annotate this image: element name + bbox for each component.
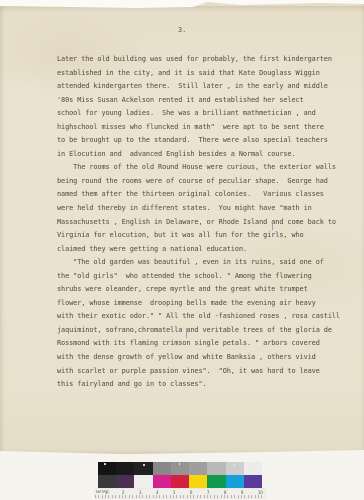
typewritten-line: "The old garden was beautiful , even in …: [57, 256, 357, 270]
typewritten-line: Virginia for elocution, but it was all f…: [57, 229, 357, 243]
color-calibration-bar: [98, 462, 262, 488]
typewritten-line: named them after the thirteen original c…: [57, 188, 357, 202]
color-patch-row: [98, 475, 262, 488]
ruler-number: 6: [190, 490, 193, 495]
ruler-number: 8: [224, 490, 227, 495]
typewritten-line: in Elocution and advanced English beside…: [57, 148, 357, 162]
typewritten-line: were held thereby in different states. Y…: [57, 202, 357, 216]
ruler-tick-marks: [95, 495, 265, 498]
typewritten-line: Massachusetts , English in Delaware, or …: [57, 216, 357, 230]
ruler-number: 9: [241, 490, 244, 495]
typewritten-line: with the dense growth of yellow and whit…: [57, 351, 357, 365]
page-number: 3.: [178, 26, 186, 34]
typewritten-line: shrubs were oleander, crepe myrtle and t…: [57, 283, 357, 297]
registration-speck: [143, 464, 145, 466]
grayscale-patch: [153, 462, 171, 475]
color-patch: [244, 475, 262, 488]
ruler-numbers: 12345678910: [105, 490, 263, 495]
color-patch: [189, 475, 207, 488]
pencil-insertion-mark: [272, 220, 273, 230]
typewritten-line: The rooms of the old Round House were cu…: [57, 161, 357, 175]
typewritten-line: with their exotic odor." " All the old -…: [57, 310, 357, 324]
grayscale-patch: [226, 462, 244, 475]
typewritten-line: attended kindergarten there. Still later…: [57, 80, 357, 94]
ruler-number: 4: [156, 490, 159, 495]
grayscale-patch: [171, 462, 189, 475]
ruler-number: 5: [173, 490, 176, 495]
color-patch: [98, 475, 116, 488]
typewritten-line: this fairyland and go in to classes".: [57, 378, 357, 392]
registration-speck: [104, 463, 106, 465]
typewritten-line: Later the old building was used for prob…: [57, 53, 357, 67]
grayscale-patch: [207, 462, 225, 475]
ruler-number: 3: [139, 490, 142, 495]
grayscale-patch: [116, 462, 134, 475]
typewritten-line: established in the city, and it is said …: [57, 67, 357, 81]
registration-speck: [179, 463, 181, 465]
scanned-page: 3. Later the old building was used for p…: [0, 0, 364, 455]
ruler-number: 1: [105, 490, 108, 495]
color-patch: [134, 475, 152, 488]
color-patch: [116, 475, 134, 488]
metric-ruler: METRIC 12345678910: [95, 489, 265, 498]
typewritten-line: '80s Miss Susan Ackelson rented it and e…: [57, 94, 357, 108]
grayscale-patch: [189, 462, 207, 475]
typewritten-line: Rossmond with its flaming crimson single…: [57, 337, 357, 351]
color-patch: [226, 475, 244, 488]
typewritten-line: jaquiminot, sofrano,chromatella and veri…: [57, 324, 357, 338]
typewritten-line: claimed they were getting a national edu…: [57, 243, 357, 257]
typewritten-line: to be brought up to the standard. There …: [57, 134, 357, 148]
grayscale-patch: [134, 462, 152, 475]
typewritten-line: school for young ladies. She was a brill…: [57, 107, 357, 121]
grayscale-patch: [244, 462, 262, 475]
ruler-number: 7: [207, 490, 210, 495]
grayscale-patch: [98, 462, 116, 475]
color-patch: [153, 475, 171, 488]
ruler-number: 10: [258, 490, 263, 495]
pencil-insertion-mark: [186, 328, 187, 338]
typewritten-line: with scarlet or purple passion vines". "…: [57, 365, 357, 379]
typewritten-body: Later the old building was used for prob…: [57, 53, 357, 392]
typewritten-line: being round the rooms were of course of …: [57, 175, 357, 189]
typewritten-line: highschool misses who fluncked in math" …: [57, 121, 357, 135]
ruler-number: 2: [122, 490, 125, 495]
color-patch: [171, 475, 189, 488]
color-patch: [207, 475, 225, 488]
registration-speck: [234, 464, 236, 466]
typewritten-line: the "old girls" who attended the school.…: [57, 270, 357, 284]
grayscale-patch-row: [98, 462, 262, 475]
typewritten-line: flower, whose immense drooping bells mad…: [57, 297, 357, 311]
